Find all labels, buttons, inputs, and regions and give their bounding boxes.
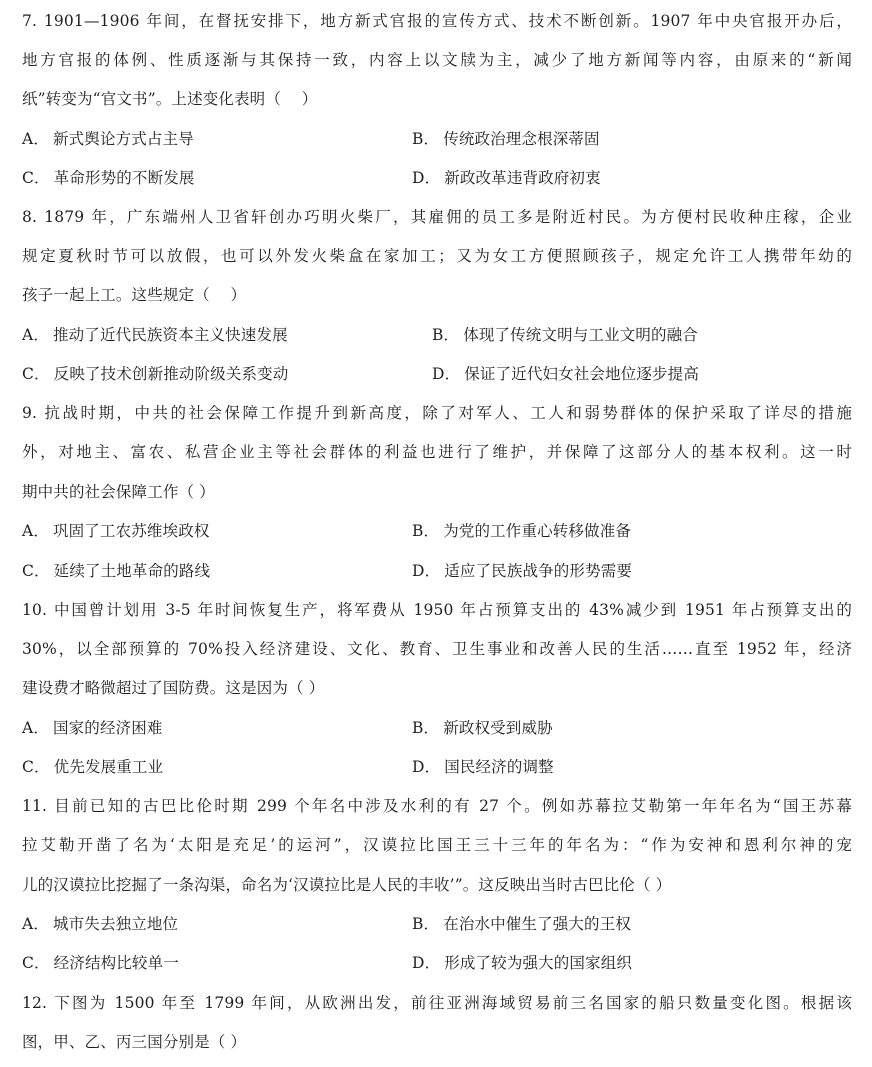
question-9-stem-line-3: 期中共的社会保障工作（ ） (22, 482, 852, 502)
question-11-stem-line-3: 儿的汉谟拉比挖掘了一条沟渠，命名为‘汉谟拉比是人民的丰收’”。这反映出当时古巴比… (22, 875, 852, 895)
question-10-stem-line-2: 30%，以全部预算的 70%投入经济建设、文化、教育、卫生事业和改善人民的生活…… (22, 639, 852, 659)
option-text: 传统政治理念根深蒂固 (443, 130, 600, 148)
option-letter: C． (22, 562, 50, 580)
option-text: 延续了土地革命的路线 (54, 562, 211, 580)
option-text: 新政权受到威胁 (443, 719, 553, 737)
question-8-stem-line-1: 8. 1879 年，广东端州人卫省轩创办巧明火柴厂，其雇佣的员工多是附近村民。为… (22, 207, 852, 227)
question-11-option-a[interactable]: A．城市失去独立地位 (22, 914, 178, 934)
question-7-option-a[interactable]: A．新式舆论方式占主导 (22, 129, 194, 149)
option-text: 新式舆论方式占主导 (53, 130, 194, 148)
question-8-stem-line-2: 规定夏秋时节可以放假，也可以外发火柴盒在家加工；又为女工方便照顾孩子，规定允许工… (22, 246, 852, 266)
question-9-option-c[interactable]: C．延续了土地革命的路线 (22, 561, 210, 581)
option-text: 新政改革违背政府初衷 (444, 169, 601, 187)
question-9-stem-line-2: 外，对地主、富农、私营企业主等社会群体的利益也进行了维护，并保障了这部分人的基本… (22, 442, 852, 462)
option-text: 革命形势的不断发展 (54, 169, 195, 187)
question-7-stem-line-1: 7. 1901—1906 年间，在督抚安排下，地方新式官报的宣传方式、技术不断创… (22, 11, 852, 31)
option-letter: C． (22, 169, 50, 187)
option-letter: A． (22, 915, 49, 933)
question-12-stem-line-2: 图，甲、乙、丙三国分别是（ ） (22, 1032, 852, 1052)
option-text: 国家的经济困难 (53, 719, 163, 737)
option-text: 城市失去独立地位 (53, 915, 178, 933)
option-letter: C． (22, 365, 50, 383)
option-text: 形成了较为强大的国家组织 (444, 954, 632, 972)
question-9-option-a[interactable]: A．巩固了工农苏维埃政权 (22, 521, 210, 541)
question-11-stem-line-2: 拉艾勒开凿了名为‘太阳是充足’的运河”，汉谟拉比国王三十三年的年名为：“作为安神… (22, 835, 852, 855)
question-8-stem-line-3: 孩子一起上工。这些规定（ ） (22, 285, 852, 305)
option-letter: D． (412, 169, 440, 187)
question-10-stem-line-1: 10. 中国曾计划用 3-5 年时间恢复生产，将军费从 1950 年占预算支出的… (22, 600, 852, 620)
option-text: 国民经济的调整 (444, 758, 554, 776)
question-9-stem-line-1: 9. 抗战时期，中共的社会保障工作提升到新高度，除了对军人、工人和弱势群体的保护… (22, 403, 852, 423)
exam-page: 7. 1901—1906 年间，在督抚安排下，地方新式官报的宣传方式、技术不断创… (0, 0, 872, 1067)
question-8-option-c[interactable]: C．反映了技术创新推动阶级关系变动 (22, 364, 288, 384)
option-letter: A． (22, 719, 49, 737)
question-8-option-b[interactable]: B．体现了传统文明与工业文明的融合 (432, 325, 698, 345)
option-text: 保证了近代妇女社会地位逐步提高 (464, 365, 699, 383)
question-8-option-d[interactable]: D．保证了近代妇女社会地位逐步提高 (432, 364, 699, 384)
question-7-stem-line-2: 地方官报的体例、性质逐渐与其保持一致，内容上以文牍为主，减少了地方新闻等内容，由… (22, 50, 852, 70)
option-letter: D． (432, 365, 460, 383)
question-10-option-a[interactable]: A．国家的经济困难 (22, 718, 163, 738)
option-letter: C． (22, 954, 50, 972)
question-11-stem-line-1: 11. 目前已知的古巴比伦时期 299 个年名中涉及水利的有 27 个。例如苏幕… (22, 796, 852, 816)
question-12-stem-line-1: 12. 下图为 1500 年至 1799 年间，从欧洲出发，前往亚洲海域贸易前三… (22, 993, 852, 1013)
option-text: 经济结构比较单一 (54, 954, 179, 972)
option-letter: B． (432, 326, 459, 344)
question-10-option-b[interactable]: B．新政权受到威胁 (412, 718, 553, 738)
option-text: 推动了近代民族资本主义快速发展 (53, 326, 288, 344)
option-letter: A． (22, 326, 49, 344)
option-letter: D． (412, 954, 440, 972)
option-letter: D． (412, 758, 440, 776)
option-text: 体现了传统文明与工业文明的融合 (463, 326, 698, 344)
question-7-option-c[interactable]: C．革命形势的不断发展 (22, 168, 195, 188)
option-letter: B． (412, 522, 439, 540)
question-7-stem-line-3: 纸”转变为“官文书”。上述变化表明（ ） (22, 89, 852, 109)
question-9-option-d[interactable]: D．适应了民族战争的形势需要 (412, 561, 632, 581)
option-letter: B． (412, 130, 439, 148)
option-text: 在治水中催生了强大的王权 (443, 915, 631, 933)
question-11-option-d[interactable]: D．形成了较为强大的国家组织 (412, 953, 632, 973)
question-10-stem-line-3: 建设费才略微超过了国防费。这是因为（ ） (22, 678, 852, 698)
question-10-option-d[interactable]: D．国民经济的调整 (412, 757, 554, 777)
option-letter: C． (22, 758, 50, 776)
option-letter: B． (412, 719, 439, 737)
question-9-option-b[interactable]: B．为党的工作重心转移做准备 (412, 521, 631, 541)
option-letter: A． (22, 522, 49, 540)
question-10-option-c[interactable]: C．优先发展重工业 (22, 757, 163, 777)
option-letter: B． (412, 915, 439, 933)
question-8-option-a[interactable]: A．推动了近代民族资本主义快速发展 (22, 325, 288, 345)
option-letter: A． (22, 130, 49, 148)
question-7-option-b[interactable]: B．传统政治理念根深蒂固 (412, 129, 600, 149)
option-letter: D． (412, 562, 440, 580)
option-text: 反映了技术创新推动阶级关系变动 (54, 365, 289, 383)
question-11-option-b[interactable]: B．在治水中催生了强大的王权 (412, 914, 631, 934)
option-text: 优先发展重工业 (54, 758, 164, 776)
option-text: 巩固了工农苏维埃政权 (53, 522, 210, 540)
option-text: 为党的工作重心转移做准备 (443, 522, 631, 540)
option-text: 适应了民族战争的形势需要 (444, 562, 632, 580)
question-7-option-d[interactable]: D．新政改革违背政府初衷 (412, 168, 601, 188)
question-11-option-c[interactable]: C．经济结构比较单一 (22, 953, 179, 973)
